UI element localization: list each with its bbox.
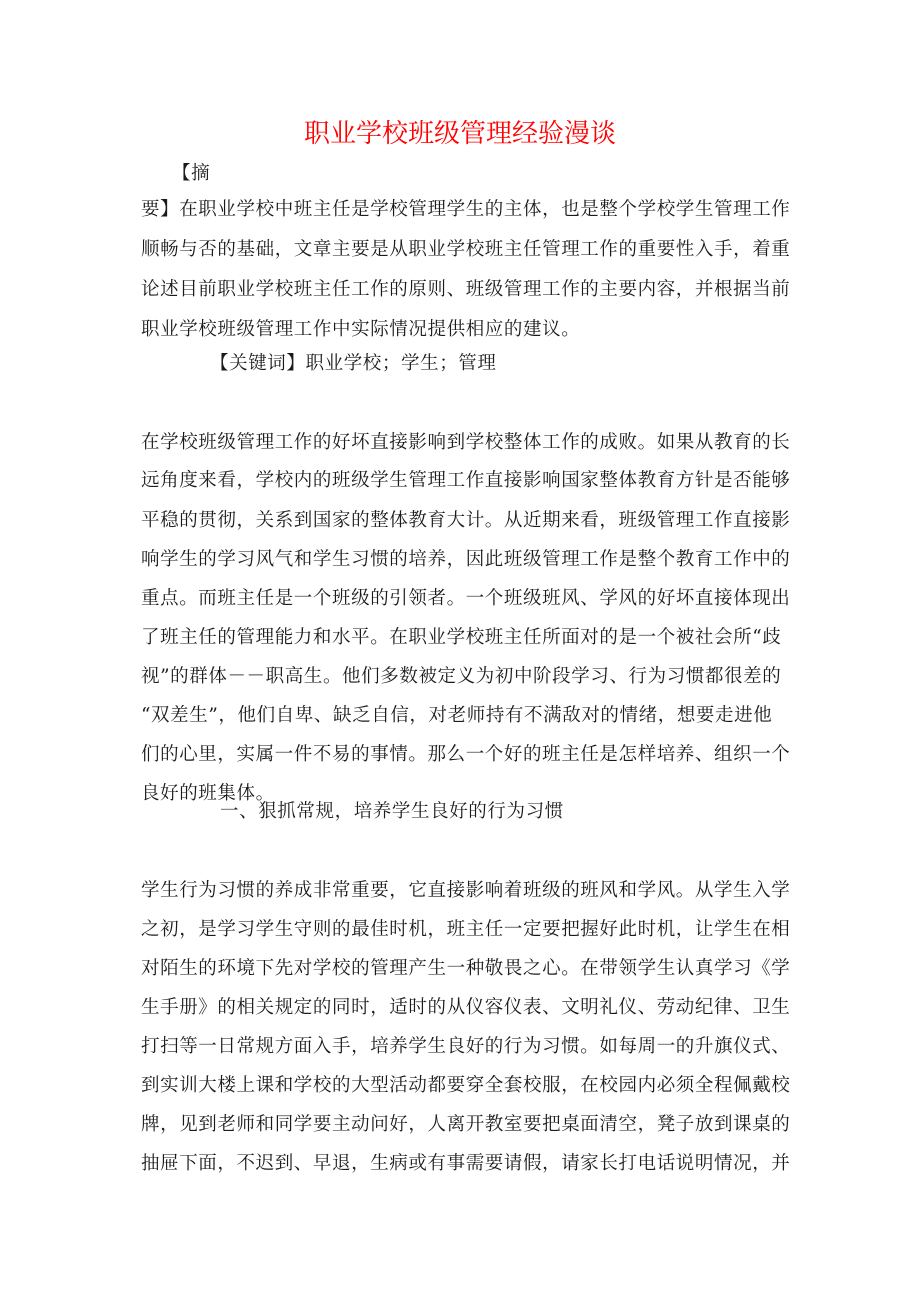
- paragraph-line: 生手册》的相关规定的同时，适时的从仪容仪表、文明礼仪、劳动纪律、卫生: [141, 996, 771, 1020]
- paragraph-line: 之初，是学习学生守则的最佳时机，班主任一定要把握好此时机，让学生在相: [141, 918, 771, 942]
- paragraph-line: 响学生的学习风气和学生习惯的培养，因此班级管理工作是整个教育工作中的: [141, 548, 771, 572]
- paragraph-line: 打扫等一日常规方面入手，培养学生良好的行为习惯。如每周一的升旗仪式、: [141, 1035, 771, 1059]
- abstract-line: 论述目前职业学校班主任工作的原则、班级管理工作的主要内容，并根据当前: [141, 278, 771, 302]
- section-heading: 一、狠抓常规，培养学生良好的行为习惯: [220, 800, 860, 824]
- keywords: 【关键词】职业学校；学生；管理: [210, 352, 850, 376]
- paragraph-line: 学生行为习惯的养成非常重要，它直接影响着班级的班风和学风。从学生入学: [141, 879, 771, 903]
- paragraph-line: 到实训大楼上课和学校的大型活动都要穿全套校服，在校园内必须全程佩戴校: [141, 1074, 771, 1098]
- paragraph-line: 远角度来看，学校内的班级学生管理工作直接影响国家整体教育方针是否能够: [141, 469, 771, 493]
- abstract-label: 【摘: [172, 162, 812, 186]
- document-title: 职业学校班级管理经验漫谈: [0, 116, 920, 152]
- paragraph-line: 在学校班级管理工作的好坏直接影响到学校整体工作的成败。如果从教育的长: [141, 431, 771, 455]
- document-page: 职业学校班级管理经验漫谈 【摘 要】在职业学校中班主任是学校管理学生的主体，也是…: [0, 0, 920, 1302]
- paragraph-line: “双差生”，他们自卑、缺乏自信，对老师持有不满敌对的情绪，想要走进他: [141, 704, 771, 728]
- paragraph-line: 了班主任的管理能力和水平。在职业学校班主任所面对的是一个被社会所“歧: [141, 626, 771, 650]
- paragraph-line: 对陌生的环境下先对学校的管理产生一种敬畏之心。在带领学生认真学习《学: [141, 957, 771, 981]
- paragraph-line: 们的心里，实属一件不易的事情。那么一个好的班主任是怎样培养、组织一个: [141, 743, 771, 767]
- abstract-line: 职业学校班级管理工作中实际情况提供相应的建议。: [141, 318, 781, 342]
- paragraph-line: 牌，见到老师和同学要主动问好，人离开教室要把桌面清空，凳子放到课桌的: [141, 1113, 771, 1137]
- abstract-line: 要】在职业学校中班主任是学校管理学生的主体，也是整个学校学生管理工作: [141, 198, 771, 222]
- paragraph-line: 抽屉下面，不迟到、早退，生病或有事需要请假，请家长打电话说明情况，并: [141, 1152, 771, 1176]
- paragraph-line: 重点。而班主任是一个班级的引领者。一个班级班风、学风的好坏直接体现出: [141, 587, 771, 611]
- paragraph-line: 平稳的贯彻，关系到国家的整体教育大计。从近期来看，班级管理工作直接影: [141, 509, 771, 533]
- paragraph-line: 视”的群体－－职高生。他们多数被定义为初中阶段学习、行为习惯都很差的: [141, 665, 771, 689]
- abstract-line: 顺畅与否的基础，文章主要是从职业学校班主任管理工作的重要性入手，着重: [141, 238, 771, 262]
